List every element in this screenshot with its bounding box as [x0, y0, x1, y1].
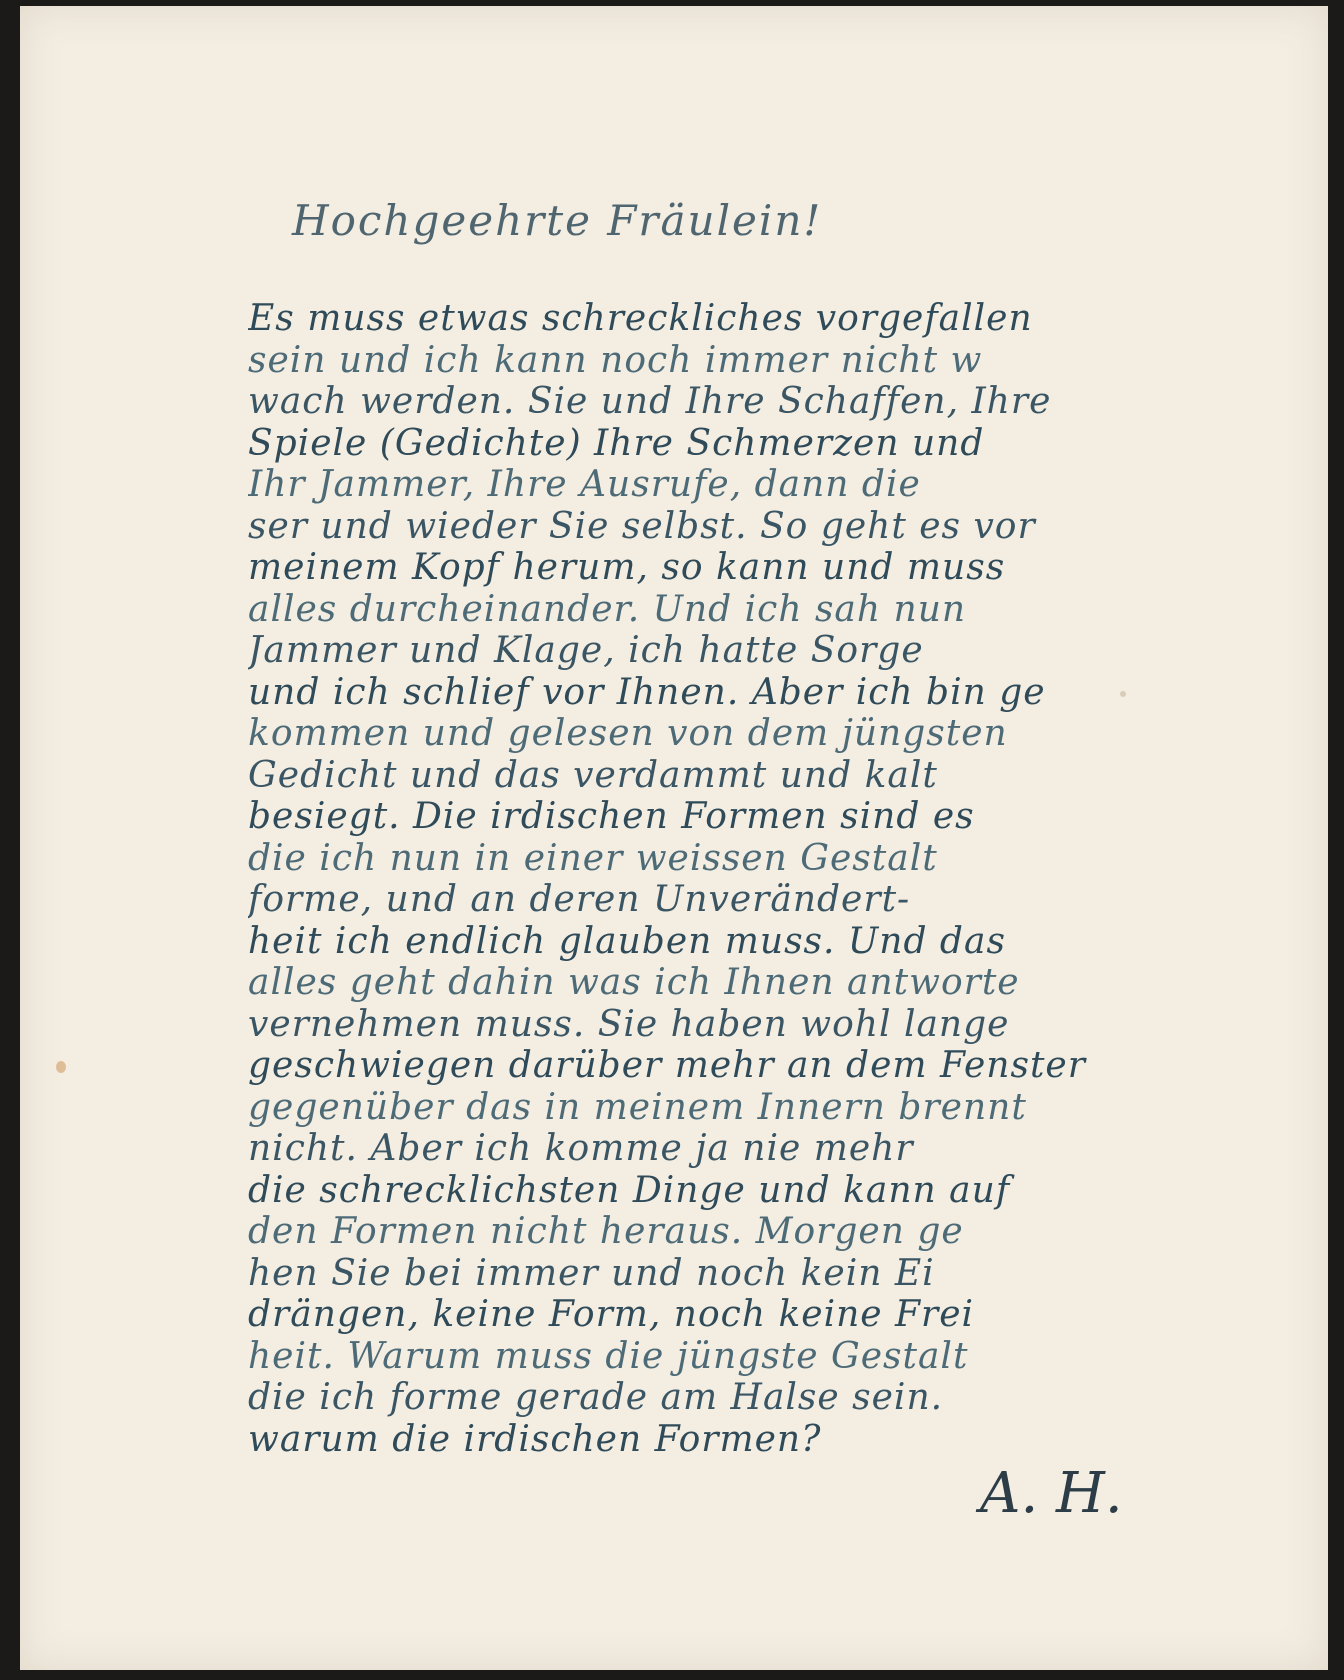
text-line: vernehmen muss. Sie haben wohl lange — [248, 1004, 1128, 1046]
text-line: kommen und gelesen von dem jüngsten — [248, 713, 1128, 755]
text-line: warum die irdischen Formen? — [248, 1419, 1128, 1461]
text-line: alles geht dahin was ich Ihnen antworte — [248, 962, 1128, 1004]
text-line: nicht. Aber ich komme ja nie mehr — [248, 1128, 1128, 1170]
text-line: forme, und an deren Unverändert- — [248, 879, 1128, 921]
text-line: Gedicht und das verdammt und kalt — [248, 755, 1128, 797]
signature: A. H. — [980, 1461, 1123, 1526]
text-line: geschwiegen darüber mehr an dem Fenster — [248, 1045, 1128, 1087]
text-line: Spiele (Gedichte) Ihre Schmerzen und — [248, 423, 1128, 465]
paper-stain — [56, 1061, 66, 1073]
text-line: Ihr Jammer, Ihre Ausrufe, dann die — [248, 464, 1128, 506]
letter-page: Hochgeehrte Fräulein! Es muss etwas schr… — [20, 6, 1328, 1670]
text-line: und ich schlief vor Ihnen. Aber ich bin … — [248, 672, 1128, 714]
text-line: Es muss etwas schreckliches vorgefallen — [248, 298, 1128, 340]
text-line: alles durcheinander. Und ich sah nun — [248, 589, 1128, 631]
text-line: den Formen nicht heraus. Morgen ge — [248, 1211, 1128, 1253]
text-line: die ich nun in einer weissen Gestalt — [248, 838, 1128, 880]
text-line: die ich forme gerade am Halse sein. — [248, 1377, 1128, 1419]
text-line: besiegt. Die irdischen Formen sind es — [248, 796, 1128, 838]
text-line: die schrecklichsten Dinge und kann auf — [248, 1170, 1128, 1212]
text-line: drängen, keine Form, noch keine Frei — [248, 1294, 1128, 1336]
salutation: Hochgeehrte Fräulein! — [292, 196, 822, 245]
letter-body: Es muss etwas schreckliches vorgefallen … — [248, 298, 1128, 1460]
text-line: heit ich endlich glauben muss. Und das — [248, 921, 1128, 963]
text-line: Jammer und Klage, ich hatte Sorge — [248, 630, 1128, 672]
text-line: gegenüber das in meinem Innern brennt — [248, 1087, 1128, 1129]
text-line: sein und ich kann noch immer nicht w — [248, 340, 1128, 382]
text-line: hen Sie bei immer und noch kein Ei — [248, 1253, 1128, 1295]
text-line: heit. Warum muss die jüngste Gestalt — [248, 1336, 1128, 1378]
text-line: meinem Kopf herum, so kann und muss — [248, 547, 1128, 589]
text-line: ser und wieder Sie selbst. So geht es vo… — [248, 506, 1128, 548]
text-line: wach werden. Sie und Ihre Schaffen, Ihre — [248, 381, 1128, 423]
